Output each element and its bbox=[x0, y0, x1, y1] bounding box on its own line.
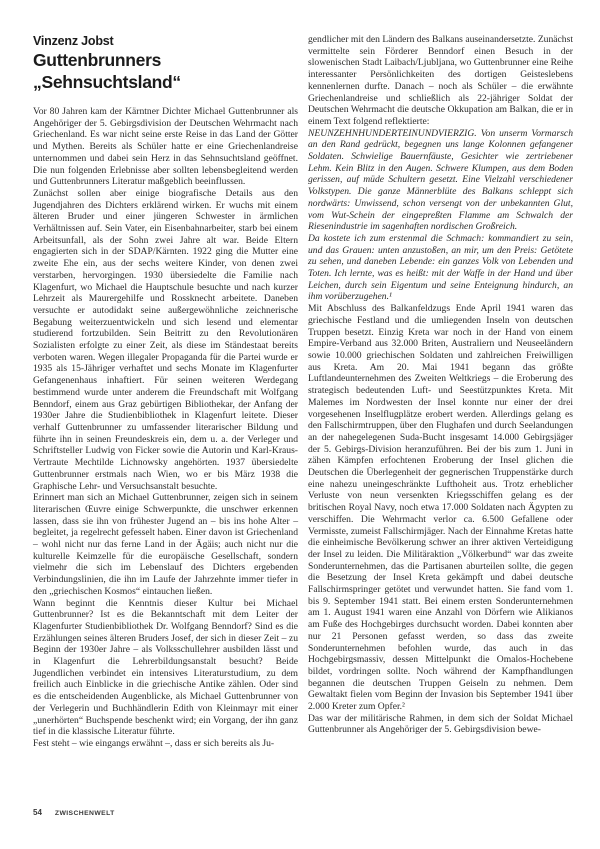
right-column: gendlicher mit den Ländern des Balkans a… bbox=[308, 34, 573, 750]
two-column-layout: Vinzenz Jobst Guttenbrunners „Sehnsuchts… bbox=[0, 0, 600, 750]
body-paragraph: Erinnert man sich an Michael Guttenbrunn… bbox=[33, 492, 298, 597]
body-paragraph: gendlicher mit den Ländern des Balkans a… bbox=[308, 34, 573, 128]
quote-paragraph: NEUNZEHNHUNDERTEINUNDVIERZIG. Von unserm… bbox=[308, 128, 573, 233]
author-name: Vinzenz Jobst bbox=[33, 34, 298, 49]
body-paragraph: Das war der militärische Rahmen, in dem … bbox=[308, 713, 573, 736]
body-paragraph: Fest steht – wie eingangs erwähnt –, das… bbox=[33, 738, 298, 750]
quote-paragraph: Da kostete ich zum erstenmal die Schmach… bbox=[308, 233, 573, 303]
magazine-page: Vinzenz Jobst Guttenbrunners „Sehnsuchts… bbox=[0, 0, 600, 849]
body-paragraph: Mit Abschluss des Balkanfeldzugs Ende Ap… bbox=[308, 303, 573, 713]
journal-name: ZWISCHENWELT bbox=[55, 810, 115, 817]
left-column: Vinzenz Jobst Guttenbrunners „Sehnsuchts… bbox=[33, 34, 298, 750]
page-number: 54 bbox=[33, 808, 42, 817]
page-footer: 54 ZWISCHENWELT bbox=[33, 808, 115, 817]
article-header: Vinzenz Jobst Guttenbrunners „Sehnsuchts… bbox=[33, 34, 298, 93]
body-paragraph: Vor 80 Jahren kam der Kärntner Dichter M… bbox=[33, 106, 298, 188]
body-paragraph: Wann beginnt die Kenntnis dieser Kultur … bbox=[33, 598, 298, 738]
body-paragraph: Zunächst sollen aber einige biografische… bbox=[33, 188, 298, 492]
article-title: Guttenbrunners „Sehnsuchtsland“ bbox=[33, 49, 298, 93]
